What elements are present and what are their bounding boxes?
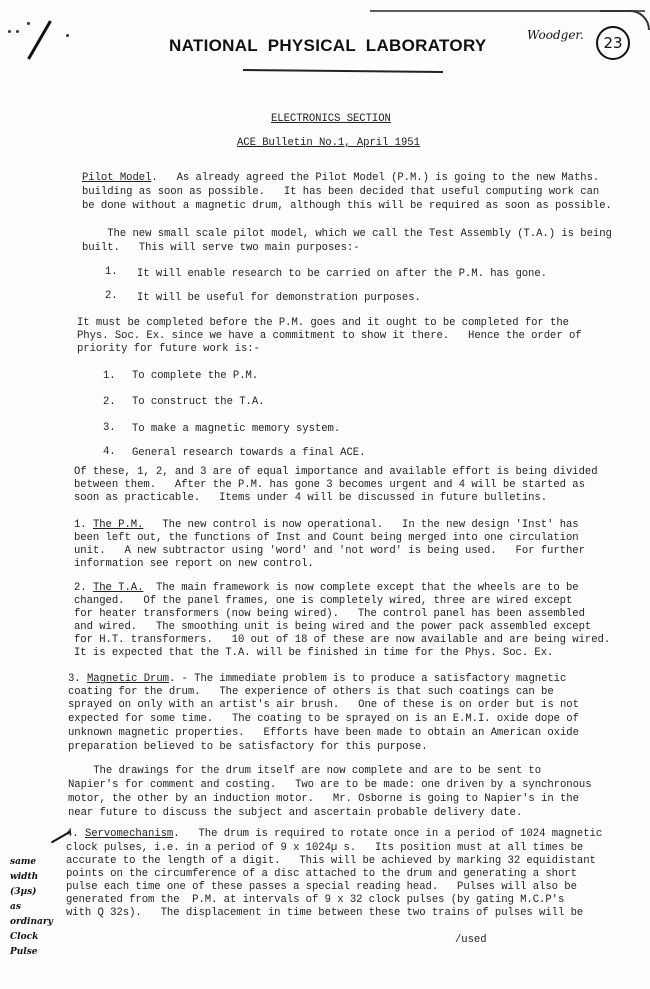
priority-text: To construct the T.A. (132, 396, 264, 408)
ink-dot (66, 34, 69, 37)
pilot-model-heading: Pilot Model (82, 172, 151, 184)
ink-dot (8, 30, 11, 33)
pm-line-2: been left out, the functions of Inst and… (74, 532, 579, 544)
pilot-model-line-1: Pilot Model. As already agreed the Pilot… (82, 172, 599, 184)
document-page: NATIONAL PHYSICAL LABORATORY Woodger. 23… (0, 0, 650, 989)
servo-line-6: generated from the P.M. at intervals of … (66, 894, 564, 906)
ta-line-2: changed. Of the panel frames, one is com… (74, 595, 572, 607)
priority-number: 4. (103, 446, 116, 458)
servo-line-1: 4. Servomechanism. The drum is required … (66, 828, 602, 840)
priority-number: 3. (103, 422, 116, 434)
completion-line-3: priority for future work is:- (77, 343, 260, 355)
purpose-text: It will be useful for demonstration purp… (137, 292, 421, 304)
ta-intro-line-2: built. This will serve two main purposes… (82, 242, 360, 254)
ta-line-3: for heater transformers (now being wired… (74, 608, 585, 620)
completion-line-2: Phys. Soc. Ex. since we have a commitmen… (77, 330, 582, 342)
priority-text: General research towards a final ACE. (132, 447, 365, 459)
ta-line-4: and wired. The smoothing unit is being w… (74, 621, 591, 633)
page-number-circled: 23 (596, 26, 630, 60)
handwritten-name: Woodger. (527, 28, 584, 42)
ta-line-1: 2. The T.A. The main framework is now co… (74, 582, 579, 594)
ta-line-5: for H.T. transformers. 10 out of 18 of t… (74, 634, 610, 646)
ta-heading: The T.A. (93, 582, 143, 594)
drum-heading: Magnetic Drum (87, 673, 169, 685)
priority-text: To complete the P.M. (132, 370, 258, 382)
effort-line-2: between them. After the P.M. has gone 3 … (74, 479, 585, 491)
purpose-number: 1. (105, 266, 118, 278)
continuation-marker: /used (455, 934, 487, 946)
completion-line-1: It must be completed before the P.M. goe… (77, 317, 569, 329)
servo-line-4: points on the circumference of a disc at… (66, 868, 577, 880)
title-underline (243, 69, 443, 73)
servo-line-5: pulse each time one of these passes a sp… (66, 881, 577, 893)
drawings-line-3: motor, the other by an induction motor. … (68, 793, 579, 805)
drum-line-3: sprayed on only with an artist's air bru… (68, 699, 579, 711)
pm-line-4: information see report on new control. (74, 558, 314, 570)
priority-number: 1. (103, 370, 116, 382)
section-title: ELECTRONICS SECTION (271, 113, 391, 125)
drum-line-1: 3. Magnetic Drum. - The immediate proble… (68, 673, 566, 685)
pen-mark (27, 20, 52, 60)
priority-number: 2. (103, 396, 116, 408)
pilot-model-line-2: building as soon as possible. It has bee… (82, 186, 599, 198)
ink-dot (27, 22, 30, 25)
effort-line-3: soon as practicable. Items under 4 will … (74, 492, 547, 504)
pm-line-3: unit. A new subtractor using 'word' and … (74, 545, 585, 557)
margin-annotation: same width (3µs) as ordinary Clock Pulse (10, 855, 60, 960)
drawings-line-1: The drawings for the drum itself are now… (68, 765, 541, 777)
servo-heading: Servomechanism (85, 828, 173, 840)
purpose-number: 2. (105, 290, 118, 302)
drum-line-2: coating for the drum. The experience of … (68, 686, 554, 698)
effort-line-1: Of these, 1, 2, and 3 are of equal impor… (74, 466, 598, 478)
organization-title: NATIONAL PHYSICAL LABORATORY (169, 36, 487, 56)
drawings-line-4: near future to discuss the subject and a… (68, 807, 522, 819)
pilot-model-line-3: be done without a magnetic drum, althoug… (82, 200, 612, 212)
priority-text: To make a magnetic memory system. (132, 423, 340, 435)
pm-line-1: 1. The P.M. The new control is now opera… (74, 519, 579, 531)
drawings-line-2: Napier's for comment and costing. Two ar… (68, 779, 592, 791)
ta-line-6: It is expected that the T.A. will be fin… (74, 647, 553, 659)
servo-line-7: with Q 32s). The displacement in time be… (66, 907, 583, 919)
drum-line-6: preparation believed to be satisfactory … (68, 741, 428, 753)
servo-line-2: clock pulses, i.e. in a period of 9 x 10… (66, 842, 583, 854)
purpose-text: It will enable research to be carried on… (137, 268, 547, 280)
servo-line-3: accurate to the length of a digit. This … (66, 855, 596, 867)
drum-line-4: expected for some time. The coating to b… (68, 713, 579, 725)
bulletin-title: ACE Bulletin No.1, April 1951 (237, 137, 420, 149)
ta-intro-line-1: The new small scale pilot model, which w… (82, 228, 612, 240)
drum-line-5: unknown magnetic properties. Efforts hav… (68, 727, 579, 739)
ink-dot (16, 30, 19, 33)
pm-heading: The P.M. (93, 519, 143, 531)
